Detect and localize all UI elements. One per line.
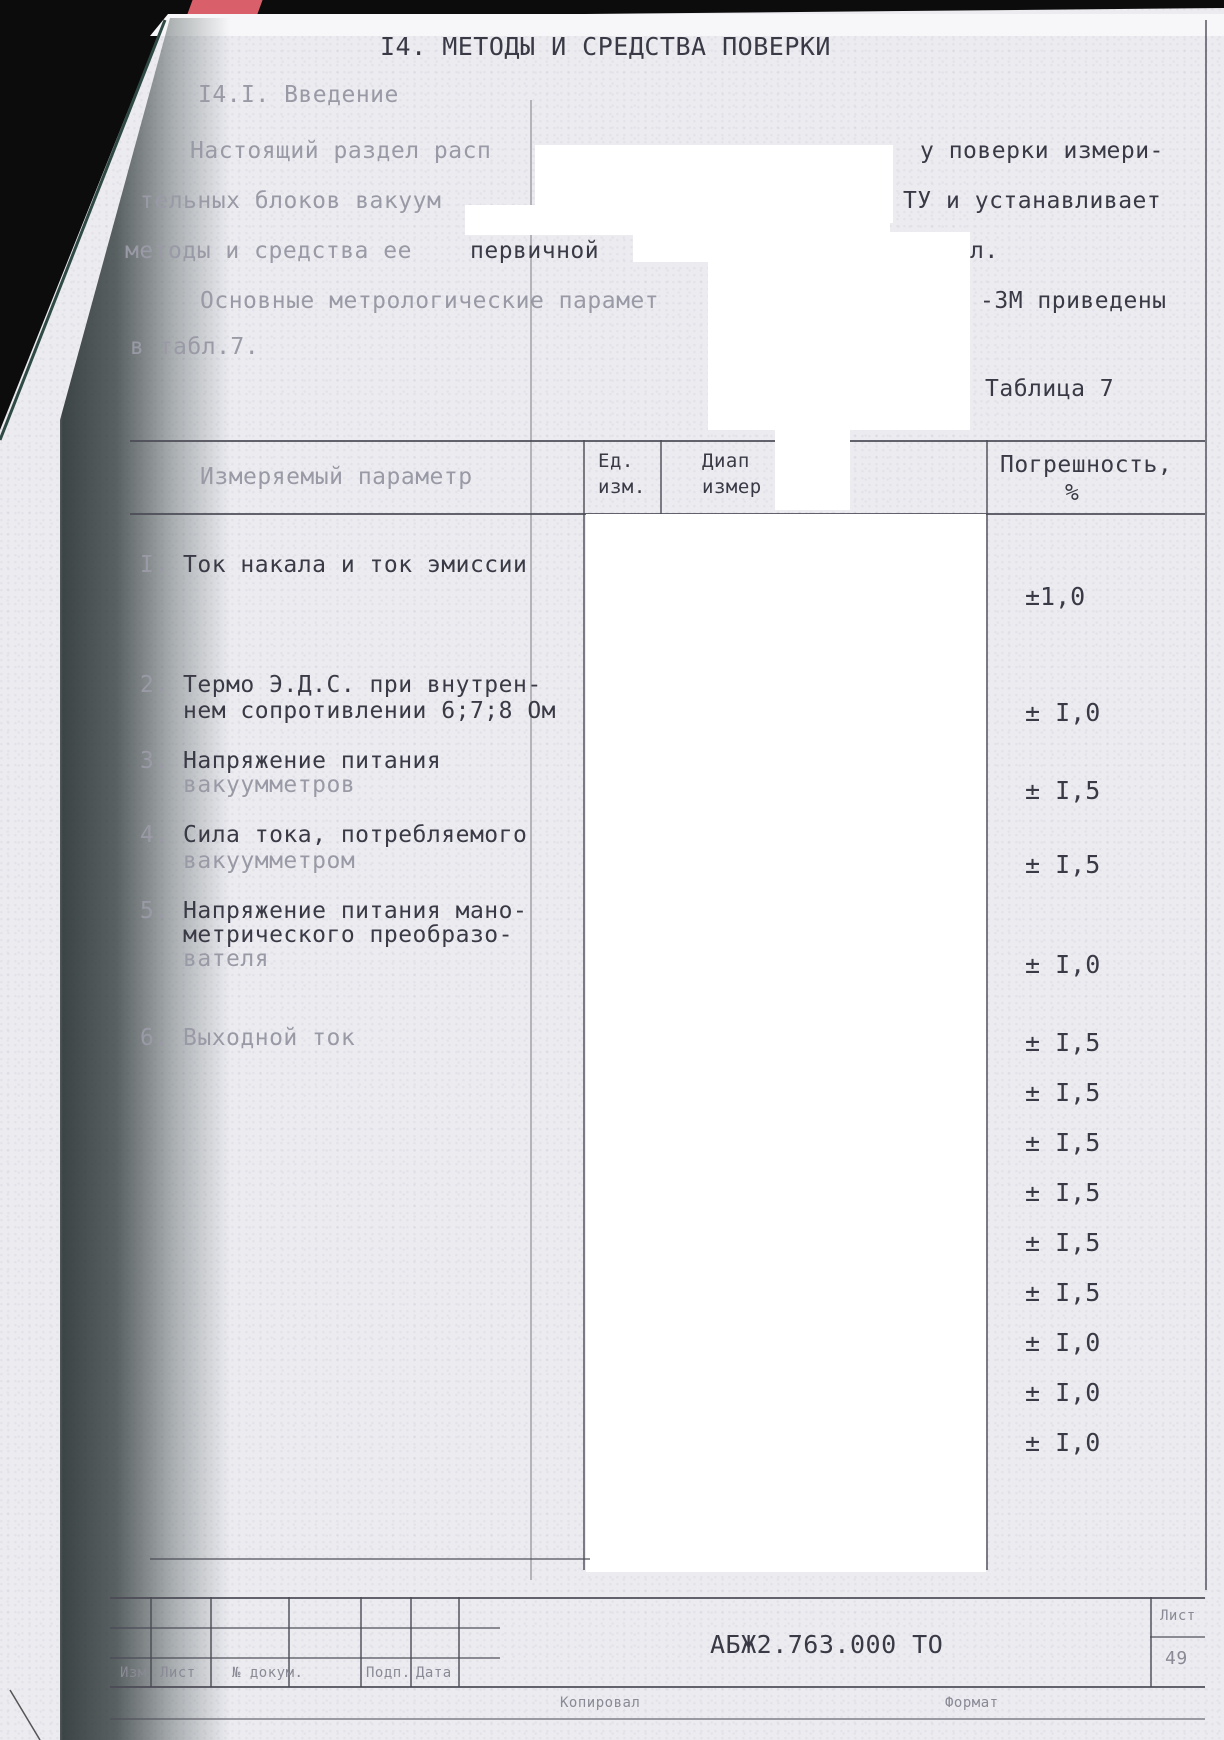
stamp-top-short — [150, 1558, 590, 1560]
stamp-footer-line — [110, 1718, 1205, 1720]
para-line2-end: ТУ и устанавливает — [903, 188, 1161, 214]
copied-label: Копировал — [560, 1695, 640, 1711]
header-range-line1: Диап — [702, 450, 750, 472]
row2-param-line1: Термо Э.Д.С. при внутрен- — [183, 672, 542, 698]
row1-num: I. — [140, 552, 169, 578]
format-label: Формат — [945, 1695, 999, 1711]
para-line2-start: тельных блоков вакуум — [140, 188, 441, 214]
redaction-block-3 — [633, 232, 970, 262]
para-line1-start: Настоящий раздел расп — [190, 138, 491, 164]
section-title: I4. МЕТОДЫ И СРЕДСТВА ПОВЕРКИ — [380, 32, 831, 61]
row5-param-line3: вателя — [183, 946, 269, 972]
table-caption: Таблица 7 — [985, 376, 1114, 402]
para-line1-end: у поверки измери- — [920, 138, 1164, 164]
extra-error-1: ± I,5 — [1025, 1078, 1100, 1107]
header-error-line1: Погрешность, — [1000, 452, 1172, 478]
stamp-label-ndokum: № докум. — [232, 1665, 303, 1681]
extra-error-4: ± I,5 — [1025, 1228, 1100, 1257]
extra-error-3: ± I,5 — [1025, 1178, 1100, 1207]
sheet-number: 49 — [1165, 1648, 1188, 1669]
stamp-col-6 — [458, 1597, 460, 1687]
header-error-line2: % — [1065, 480, 1079, 506]
para-line3-mid: первичной — [470, 238, 599, 264]
para-line3-start: методы и средства ее — [125, 238, 412, 264]
row4-error: ± I,5 — [1025, 850, 1100, 879]
row5-param-line2: метрического преобразо- — [183, 922, 513, 948]
row5-num: 5. — [140, 898, 169, 924]
row3-error: ± I,5 — [1025, 776, 1100, 805]
row2-error: ± I,0 — [1025, 698, 1100, 727]
para-line5: в табл.7. — [130, 334, 259, 360]
page-right-border — [1205, 20, 1207, 1590]
table-top-border — [130, 440, 1205, 442]
row5-param-line1: Напряжение питания мано- — [183, 898, 527, 924]
row5-error: ± I,0 — [1025, 950, 1100, 979]
stamp-label-list: Лист — [160, 1665, 196, 1681]
stamp-label-podp: Подп. — [366, 1665, 411, 1681]
extra-error-6: ± I,0 — [1025, 1328, 1100, 1357]
para-line4-end: -3М приведены — [980, 288, 1167, 314]
extra-error-8: ± I,0 — [1025, 1428, 1100, 1457]
header-param: Измеряемый параметр — [200, 464, 473, 490]
para-line3-end: л. — [970, 238, 999, 264]
col-divider-range — [660, 440, 662, 515]
row4-num: 4. — [140, 822, 169, 848]
row6-param: Выходной ток — [183, 1025, 355, 1051]
extra-error-2: ± I,5 — [1025, 1128, 1100, 1157]
stamp-row-line1 — [110, 1627, 500, 1629]
redaction-table-columns — [586, 514, 986, 1572]
document-code: АБЖ2.763.000 ТО — [710, 1630, 943, 1659]
stamp-top-border — [110, 1597, 1205, 1599]
redaction-block-4 — [708, 260, 970, 430]
sheet-label: Лист — [1160, 1608, 1196, 1624]
row2-num: 2. — [140, 672, 169, 698]
header-unit-line1: Ед. — [598, 450, 634, 472]
stamp-label-data: Дата — [416, 1665, 452, 1681]
stamp-bottom-border — [110, 1686, 1205, 1688]
col-divider-unit — [583, 440, 585, 1570]
row1-param: Ток накала и ток эмиссии — [183, 552, 527, 578]
row6-num: 6. — [140, 1025, 169, 1051]
header-range-line2: измер — [702, 476, 762, 498]
row6-error: ± I,5 — [1025, 1028, 1100, 1057]
row3-param-line1: Напряжение питания — [183, 748, 441, 774]
col-divider-error — [986, 440, 988, 1570]
row1-error: ±1,0 — [1025, 582, 1085, 611]
extra-error-5: ± I,5 — [1025, 1278, 1100, 1307]
red-tab-edge — [187, 0, 262, 14]
row4-param-line2: вакуумметром — [183, 848, 355, 874]
row3-param-line2: вакуумметров — [183, 772, 355, 798]
redaction-block-2 — [465, 205, 890, 235]
stamp-col-4 — [360, 1597, 362, 1687]
stamp-row-line2 — [110, 1657, 500, 1659]
stamp-label-izm: Изм — [120, 1665, 147, 1681]
subsection-title: I4.I. Введение — [198, 82, 399, 108]
row2-param-line2: нем сопротивлении 6;7;8 Ом — [183, 698, 556, 724]
bleed-through-line — [530, 100, 532, 1580]
stamp-sheet-divider — [1150, 1636, 1205, 1638]
row4-param-line1: Сила тока, потребляемого — [183, 822, 527, 848]
header-unit-line2: изм. — [598, 476, 646, 498]
row3-num: 3. — [140, 748, 169, 774]
extra-error-7: ± I,0 — [1025, 1378, 1100, 1407]
redaction-block-5 — [775, 420, 850, 510]
stamp-col-sheet — [1150, 1597, 1152, 1687]
stamp-col-2 — [210, 1597, 212, 1687]
stamp-col-1 — [150, 1597, 152, 1687]
para-line4-start: Основные метрологические парамет — [200, 288, 659, 314]
